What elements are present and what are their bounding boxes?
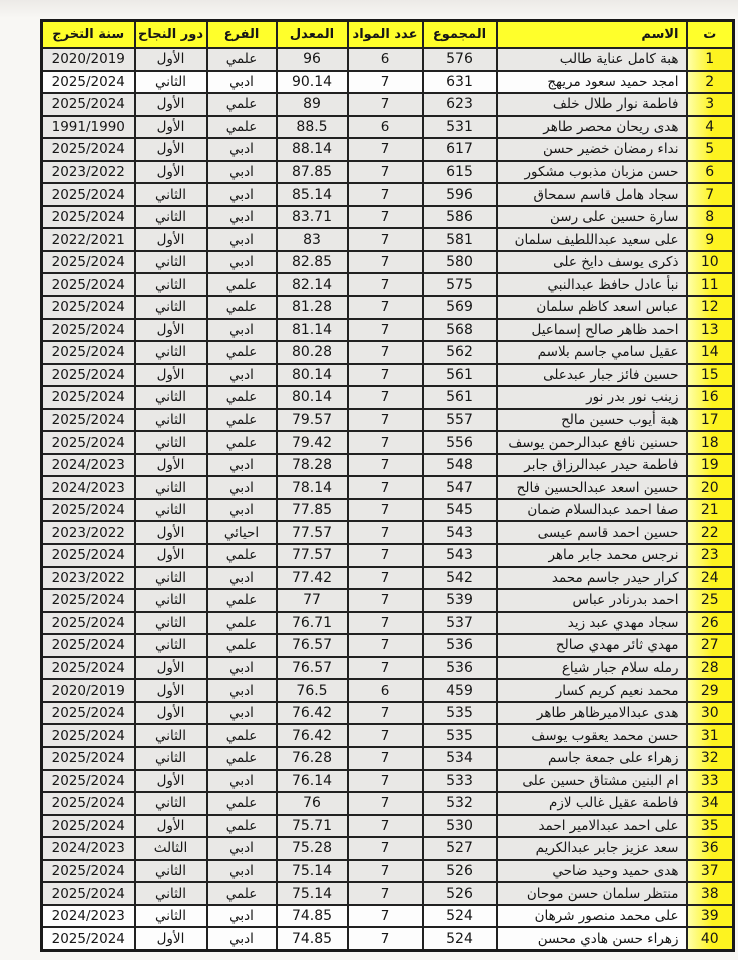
cell-round: الأول: [135, 679, 207, 702]
cell-num: 39: [687, 905, 734, 928]
cell-total: 532: [423, 792, 497, 815]
cell-branch: علمي: [207, 296, 277, 319]
cell-branch: ادبي: [207, 138, 277, 161]
cell-total: 617: [423, 138, 497, 161]
cell-name: على سعيد عبداللطيف سلمان: [497, 228, 687, 251]
cell-branch: علمي: [207, 93, 277, 116]
header-row: ت الاسم المجموع عدد المواد المعدل الفرع …: [42, 21, 734, 49]
cell-branch: ادبي: [207, 71, 277, 94]
table-row: 25احمد بدرنادر عباس539777علميالثاني2025/…: [42, 589, 734, 612]
cell-branch: علمي: [207, 116, 277, 139]
cell-average: 77: [277, 589, 348, 612]
table-row: 12عباس اسعد كاظم سلمان569781.28علميالثان…: [42, 296, 734, 319]
cell-name: زينب نور بدر نور: [497, 386, 687, 409]
cell-total: 557: [423, 409, 497, 432]
cell-subjects: 6: [348, 48, 423, 71]
cell-average: 76.42: [277, 702, 348, 725]
cell-total: 542: [423, 567, 497, 590]
cell-name: حسن مزبان مذبوب مشكور: [497, 161, 687, 184]
cell-average: 77.42: [277, 567, 348, 590]
cell-branch: ادبي: [207, 679, 277, 702]
cell-num: 23: [687, 544, 734, 567]
cell-year: 2025/2024: [42, 251, 135, 274]
table-row: 34فاطمة عقيل غالب لازم532776علميالثاني20…: [42, 792, 734, 815]
cell-round: الأول: [135, 521, 207, 544]
cell-name: هبة أيوب حسين مالح: [497, 409, 687, 432]
cell-total: 534: [423, 747, 497, 770]
table-row: 18حسنين نافع عبدالرحمن يوسف556779.42علمي…: [42, 431, 734, 454]
cell-subjects: 7: [348, 815, 423, 838]
cell-year: 2025/2024: [42, 431, 135, 454]
cell-num: 6: [687, 161, 734, 184]
cell-subjects: 7: [348, 612, 423, 635]
cell-num: 27: [687, 634, 734, 657]
cell-subjects: 7: [348, 228, 423, 251]
cell-total: 586: [423, 206, 497, 229]
cell-total: 543: [423, 544, 497, 567]
cell-year: 2025/2024: [42, 612, 135, 635]
cell-name: محمد نعيم كريم كسار: [497, 679, 687, 702]
table-row: 2امجد حميد سعود مريهج631790.14ادبيالثاني…: [42, 71, 734, 94]
cell-subjects: 6: [348, 116, 423, 139]
cell-num: 38: [687, 882, 734, 905]
cell-branch: علمي: [207, 724, 277, 747]
table-row: 1هبة كامل عناية طالب576696علميالأول2020/…: [42, 48, 734, 71]
cell-branch: ادبي: [207, 251, 277, 274]
cell-year: 2025/2024: [42, 273, 135, 296]
cell-average: 83.71: [277, 206, 348, 229]
cell-year: 2024/2023: [42, 476, 135, 499]
cell-num: 20: [687, 476, 734, 499]
cell-branch: ادبي: [207, 183, 277, 206]
cell-average: 96: [277, 48, 348, 71]
cell-num: 33: [687, 770, 734, 793]
cell-average: 81.28: [277, 296, 348, 319]
table-row: 35على احمد عبدالامير احمد530775.71علميال…: [42, 815, 734, 838]
cell-average: 75.71: [277, 815, 348, 838]
cell-subjects: 7: [348, 544, 423, 567]
cell-average: 78.28: [277, 454, 348, 477]
cell-round: الأول: [135, 161, 207, 184]
cell-subjects: 7: [348, 837, 423, 860]
table-row: 20حسين اسعد عبدالحسين فالح547778.14ادبيا…: [42, 476, 734, 499]
cell-year: 2025/2024: [42, 409, 135, 432]
cell-average: 79.57: [277, 409, 348, 432]
cell-subjects: 7: [348, 927, 423, 950]
cell-branch: علمي: [207, 612, 277, 635]
cell-name: نداء رمضان خضير حسن: [497, 138, 687, 161]
cell-num: 37: [687, 860, 734, 883]
cell-round: الثاني: [135, 71, 207, 94]
cell-year: 2025/2024: [42, 702, 135, 725]
cell-name: هدى ريحان محصر طاهر: [497, 116, 687, 139]
cell-branch: ادبي: [207, 657, 277, 680]
cell-branch: ادبي: [207, 364, 277, 387]
cell-year: 2025/2024: [42, 770, 135, 793]
cell-year: 2020/2019: [42, 679, 135, 702]
cell-round: الثاني: [135, 499, 207, 522]
cell-round: الثاني: [135, 296, 207, 319]
cell-subjects: 7: [348, 724, 423, 747]
cell-total: 575: [423, 273, 497, 296]
cell-subjects: 7: [348, 431, 423, 454]
cell-total: 533: [423, 770, 497, 793]
cell-name: فاطمة عقيل غالب لازم: [497, 792, 687, 815]
cell-subjects: 7: [348, 657, 423, 680]
cell-num: 3: [687, 93, 734, 116]
cell-subjects: 7: [348, 386, 423, 409]
cell-year: 2025/2024: [42, 499, 135, 522]
cell-branch: علمي: [207, 815, 277, 838]
cell-subjects: 7: [348, 138, 423, 161]
cell-name: هبة كامل عناية طالب: [497, 48, 687, 71]
cell-year: 2025/2024: [42, 724, 135, 747]
cell-average: 76.5: [277, 679, 348, 702]
cell-branch: ادبي: [207, 476, 277, 499]
cell-round: الأول: [135, 544, 207, 567]
table-row: 14عقيل سامي جاسم بلاسم562780.28علميالثان…: [42, 341, 734, 364]
cell-name: نرجس محمد جابر ماهر: [497, 544, 687, 567]
cell-subjects: 7: [348, 251, 423, 274]
cell-branch: ادبي: [207, 161, 277, 184]
cell-subjects: 7: [348, 206, 423, 229]
cell-round: الثاني: [135, 905, 207, 928]
cell-total: 545: [423, 499, 497, 522]
cell-year: 2023/2022: [42, 521, 135, 544]
cell-num: 32: [687, 747, 734, 770]
cell-total: 535: [423, 724, 497, 747]
cell-name: احمد ظاهر صالح إسماعيل: [497, 319, 687, 342]
cell-subjects: 7: [348, 183, 423, 206]
cell-total: 561: [423, 386, 497, 409]
table-row: 11نبأ عادل حافظ عبدالنبي575782.14علميالث…: [42, 273, 734, 296]
cell-year: 2020/2019: [42, 48, 135, 71]
cell-subjects: 7: [348, 454, 423, 477]
cell-branch: ادبي: [207, 770, 277, 793]
cell-num: 21: [687, 499, 734, 522]
table-row: 4هدى ريحان محصر طاهر531688.5علميالأول199…: [42, 116, 734, 139]
cell-year: 2025/2024: [42, 927, 135, 950]
table-row: 22حسين احمد قاسم عيسى543777.57احيائيالأو…: [42, 521, 734, 544]
cell-name: نبأ عادل حافظ عبدالنبي: [497, 273, 687, 296]
cell-total: 576: [423, 48, 497, 71]
cell-round: الأول: [135, 48, 207, 71]
cell-branch: علمي: [207, 273, 277, 296]
cell-average: 76: [277, 792, 348, 815]
cell-num: 17: [687, 409, 734, 432]
cell-num: 28: [687, 657, 734, 680]
cell-branch: ادبي: [207, 567, 277, 590]
cell-average: 74.85: [277, 905, 348, 928]
cell-subjects: 7: [348, 702, 423, 725]
cell-name: صفا احمد عبدالسلام ضمان: [497, 499, 687, 522]
cell-year: 2023/2022: [42, 567, 135, 590]
cell-average: 88.5: [277, 116, 348, 139]
cell-name: زهراء على جمعة جاسم: [497, 747, 687, 770]
cell-name: ذكرى يوسف دايخ على: [497, 251, 687, 274]
cell-subjects: 7: [348, 409, 423, 432]
cell-num: 8: [687, 206, 734, 229]
cell-num: 13: [687, 319, 734, 342]
cell-subjects: 7: [348, 589, 423, 612]
column-header-total: المجموع: [423, 21, 497, 49]
cell-subjects: 7: [348, 882, 423, 905]
cell-name: سجاد هامل قاسم سمحاق: [497, 183, 687, 206]
cell-branch: ادبي: [207, 927, 277, 950]
table-row: 30هدى عبدالاميرظاهر طاهر535776.42ادبيالأ…: [42, 702, 734, 725]
cell-subjects: 7: [348, 521, 423, 544]
cell-name: فاطمة حيدر عبدالرزاق جابر: [497, 454, 687, 477]
table-row: 31حسن محمد يعقوب يوسف535776.42علميالثاني…: [42, 724, 734, 747]
cell-total: 459: [423, 679, 497, 702]
cell-num: 5: [687, 138, 734, 161]
cell-branch: علمي: [207, 589, 277, 612]
cell-name: سعد عزيز جابر عبدالكريم: [497, 837, 687, 860]
cell-year: 2025/2024: [42, 544, 135, 567]
cell-year: 2025/2024: [42, 138, 135, 161]
table-row: 7سجاد هامل قاسم سمحاق596785.14ادبيالثاني…: [42, 183, 734, 206]
cell-subjects: 7: [348, 319, 423, 342]
cell-branch: ادبي: [207, 702, 277, 725]
cell-round: الأول: [135, 454, 207, 477]
cell-total: 531: [423, 116, 497, 139]
table-row: 9على سعيد عبداللطيف سلمان581783ادبيالأول…: [42, 228, 734, 251]
cell-num: 30: [687, 702, 734, 725]
cell-subjects: 7: [348, 476, 423, 499]
cell-name: كرار حيدر جاسم محمد: [497, 567, 687, 590]
cell-total: 543: [423, 521, 497, 544]
cell-branch: احيائي: [207, 521, 277, 544]
cell-round: الأول: [135, 138, 207, 161]
cell-branch: ادبي: [207, 228, 277, 251]
cell-num: 15: [687, 364, 734, 387]
cell-year: 1991/1990: [42, 116, 135, 139]
cell-branch: علمي: [207, 409, 277, 432]
cell-total: 623: [423, 93, 497, 116]
cell-year: 2025/2024: [42, 71, 135, 94]
cell-average: 75.28: [277, 837, 348, 860]
column-header-number: ت: [687, 21, 734, 49]
cell-num: 35: [687, 815, 734, 838]
table-row: 3فاطمة نوار طلال خلف623789علميالأول2025/…: [42, 93, 734, 116]
cell-branch: علمي: [207, 882, 277, 905]
cell-average: 83: [277, 228, 348, 251]
cell-round: الثاني: [135, 431, 207, 454]
cell-round: الثاني: [135, 860, 207, 883]
cell-branch: ادبي: [207, 319, 277, 342]
column-header-average: المعدل: [277, 21, 348, 49]
cell-round: الأول: [135, 364, 207, 387]
table-row: 36سعد عزيز جابر عبدالكريم527775.28ادبيال…: [42, 837, 734, 860]
cell-year: 2025/2024: [42, 860, 135, 883]
cell-total: 556: [423, 431, 497, 454]
column-header-name: الاسم: [497, 21, 687, 49]
cell-num: 1: [687, 48, 734, 71]
table-row: 8سارة حسين على رسن586783.71ادبيالثاني202…: [42, 206, 734, 229]
cell-total: 569: [423, 296, 497, 319]
cell-num: 11: [687, 273, 734, 296]
cell-average: 77.57: [277, 544, 348, 567]
cell-num: 2: [687, 71, 734, 94]
cell-total: 530: [423, 815, 497, 838]
cell-branch: ادبي: [207, 837, 277, 860]
cell-name: حسين احمد قاسم عيسى: [497, 521, 687, 544]
cell-subjects: 7: [348, 71, 423, 94]
cell-average: 80.14: [277, 386, 348, 409]
cell-year: 2025/2024: [42, 206, 135, 229]
cell-subjects: 7: [348, 341, 423, 364]
cell-name: منتظر سلمان حسن موحان: [497, 882, 687, 905]
cell-name: على احمد عبدالامير احمد: [497, 815, 687, 838]
cell-total: 581: [423, 228, 497, 251]
cell-name: عباس اسعد كاظم سلمان: [497, 296, 687, 319]
table-row: 32زهراء على جمعة جاسم534776.28علميالثاني…: [42, 747, 734, 770]
cell-average: 77.85: [277, 499, 348, 522]
cell-num: 14: [687, 341, 734, 364]
cell-round: الأول: [135, 657, 207, 680]
cell-year: 2025/2024: [42, 183, 135, 206]
cell-round: الثاني: [135, 251, 207, 274]
table-row: 10ذكرى يوسف دايخ على580782.85ادبيالثاني2…: [42, 251, 734, 274]
cell-branch: علمي: [207, 792, 277, 815]
table-row: 24كرار حيدر جاسم محمد542777.42ادبيالثاني…: [42, 567, 734, 590]
cell-average: 89: [277, 93, 348, 116]
results-table: ت الاسم المجموع عدد المواد المعدل الفرع …: [40, 19, 735, 952]
cell-branch: ادبي: [207, 206, 277, 229]
cell-round: الثاني: [135, 183, 207, 206]
cell-name: مهدي ثائر مهدي صالح: [497, 634, 687, 657]
cell-total: 527: [423, 837, 497, 860]
cell-average: 85.14: [277, 183, 348, 206]
cell-branch: علمي: [207, 386, 277, 409]
cell-average: 76.71: [277, 612, 348, 635]
cell-subjects: 7: [348, 93, 423, 116]
cell-branch: علمي: [207, 634, 277, 657]
cell-round: الثاني: [135, 589, 207, 612]
cell-num: 4: [687, 116, 734, 139]
cell-subjects: 7: [348, 770, 423, 793]
column-header-subjects: عدد المواد: [348, 21, 423, 49]
cell-num: 40: [687, 927, 734, 950]
cell-average: 75.14: [277, 860, 348, 883]
cell-name: رمله سلام جبار شياع: [497, 657, 687, 680]
cell-name: سارة حسين على رسن: [497, 206, 687, 229]
cell-total: 536: [423, 634, 497, 657]
cell-year: 2022/2021: [42, 228, 135, 251]
results-table-body: 1هبة كامل عناية طالب576696علميالأول2020/…: [42, 48, 734, 951]
cell-year: 2025/2024: [42, 747, 135, 770]
cell-round: الثاني: [135, 724, 207, 747]
cell-round: الأول: [135, 815, 207, 838]
cell-branch: ادبي: [207, 454, 277, 477]
cell-name: حسين فائز جبار عبدعلى: [497, 364, 687, 387]
cell-average: 78.14: [277, 476, 348, 499]
cell-name: سجاد مهدي عبد زيد: [497, 612, 687, 635]
table-row: 21صفا احمد عبدالسلام ضمان545777.85ادبيال…: [42, 499, 734, 522]
table-row: 6حسن مزبان مذبوب مشكور615787.85ادبيالأول…: [42, 161, 734, 184]
table-row: 16زينب نور بدر نور561780.14علميالثاني202…: [42, 386, 734, 409]
cell-average: 76.42: [277, 724, 348, 747]
cell-round: الثاني: [135, 882, 207, 905]
cell-num: 7: [687, 183, 734, 206]
cell-name: حسنين نافع عبدالرحمن يوسف: [497, 431, 687, 454]
cell-total: 524: [423, 905, 497, 928]
cell-year: 2025/2024: [42, 386, 135, 409]
cell-total: 547: [423, 476, 497, 499]
cell-year: 2025/2024: [42, 319, 135, 342]
table-row: 26سجاد مهدي عبد زيد537776.71علميالثاني20…: [42, 612, 734, 635]
cell-round: الأول: [135, 93, 207, 116]
table-row: 15حسين فائز جبار عبدعلى561780.14ادبيالأو…: [42, 364, 734, 387]
table-row: 29محمد نعيم كريم كسار459676.5ادبيالأول20…: [42, 679, 734, 702]
cell-total: 580: [423, 251, 497, 274]
table-row: 27مهدي ثائر مهدي صالح536776.57علميالثاني…: [42, 634, 734, 657]
table-row: 40زهراء حسن هادي محسن524774.85ادبيالأول2…: [42, 927, 734, 950]
cell-num: 16: [687, 386, 734, 409]
cell-subjects: 7: [348, 364, 423, 387]
cell-round: الثاني: [135, 792, 207, 815]
cell-subjects: 7: [348, 567, 423, 590]
cell-average: 77.57: [277, 521, 348, 544]
cell-num: 9: [687, 228, 734, 251]
results-page: ت الاسم المجموع عدد المواد المعدل الفرع …: [0, 0, 738, 960]
cell-branch: علمي: [207, 747, 277, 770]
table-row: 17هبة أيوب حسين مالح557779.57علميالثاني2…: [42, 409, 734, 432]
cell-round: الثالث: [135, 837, 207, 860]
cell-average: 75.14: [277, 882, 348, 905]
cell-name: احمد بدرنادر عباس: [497, 589, 687, 612]
cell-round: الثاني: [135, 341, 207, 364]
cell-name: هدى عبدالاميرظاهر طاهر: [497, 702, 687, 725]
cell-total: 548: [423, 454, 497, 477]
cell-num: 26: [687, 612, 734, 635]
cell-name: حسن محمد يعقوب يوسف: [497, 724, 687, 747]
cell-total: 568: [423, 319, 497, 342]
cell-branch: علمي: [207, 431, 277, 454]
table-row: 5نداء رمضان خضير حسن617788.14ادبيالأول20…: [42, 138, 734, 161]
table-row: 23نرجس محمد جابر ماهر543777.57علميالأول2…: [42, 544, 734, 567]
table-row: 19فاطمة حيدر عبدالرزاق جابر548778.28ادبي…: [42, 454, 734, 477]
cell-branch: ادبي: [207, 860, 277, 883]
column-header-graduation-year: سنة التخرج: [42, 21, 135, 49]
cell-name: على محمد منصور شرهان: [497, 905, 687, 928]
cell-year: 2025/2024: [42, 589, 135, 612]
cell-average: 76.28: [277, 747, 348, 770]
cell-num: 29: [687, 679, 734, 702]
cell-round: الثاني: [135, 409, 207, 432]
cell-average: 76.57: [277, 634, 348, 657]
cell-year: 2024/2023: [42, 837, 135, 860]
cell-num: 36: [687, 837, 734, 860]
cell-year: 2025/2024: [42, 296, 135, 319]
cell-subjects: 7: [348, 499, 423, 522]
cell-branch: ادبي: [207, 499, 277, 522]
cell-name: ام البنين مشتاق حسين على: [497, 770, 687, 793]
cell-branch: علمي: [207, 544, 277, 567]
table-row: 33ام البنين مشتاق حسين على533776.14ادبيا…: [42, 770, 734, 793]
cell-branch: ادبي: [207, 905, 277, 928]
cell-average: 76.14: [277, 770, 348, 793]
table-row: 37هدى حميد وحيد ضاحي526775.14ادبيالثاني2…: [42, 860, 734, 883]
cell-round: الثاني: [135, 206, 207, 229]
cell-year: 2023/2022: [42, 161, 135, 184]
cell-average: 88.14: [277, 138, 348, 161]
cell-name: امجد حميد سعود مريهج: [497, 71, 687, 94]
cell-total: 536: [423, 657, 497, 680]
cell-num: 24: [687, 567, 734, 590]
cell-num: 34: [687, 792, 734, 815]
cell-total: 526: [423, 860, 497, 883]
